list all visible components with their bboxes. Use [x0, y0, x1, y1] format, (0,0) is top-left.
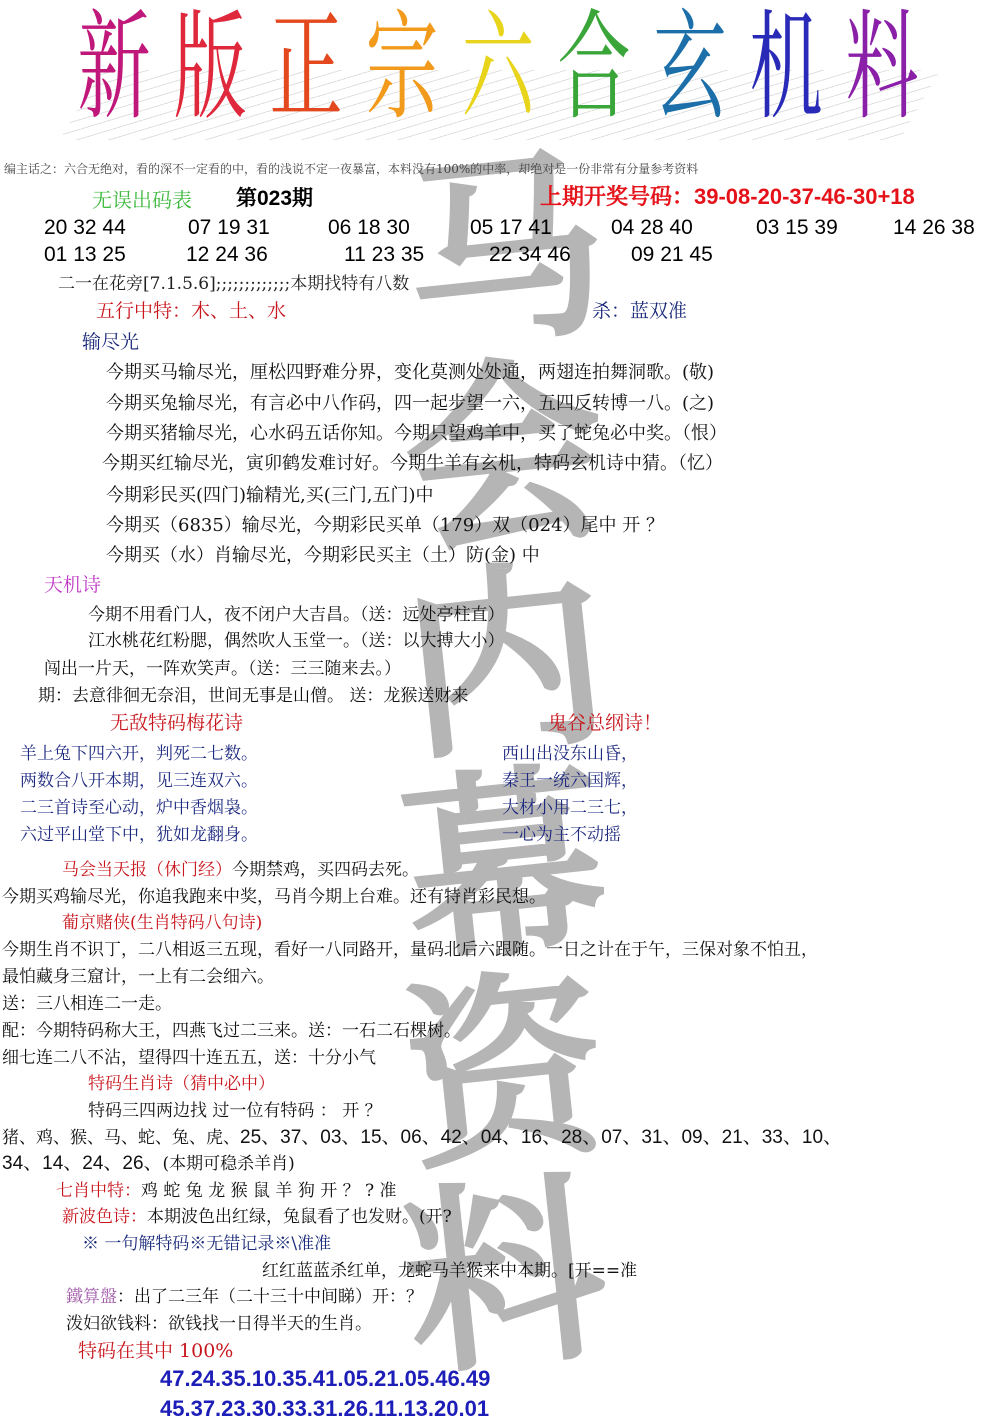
poem-line: 今期买（6835）输尽光，今期彩民买单（179）双（024）尾中 开 ？ [106, 511, 664, 537]
section-heading-shujinguang: 输尽光 [82, 327, 139, 354]
mahui-heading: 马会当天报（休门经） [62, 860, 232, 880]
title-char: 合 [557, 0, 614, 142]
qixiao-line: 七肖中特：鸡 蛇 兔 龙 猴 鼠 羊 狗 开 ？ ? 准 [56, 1176, 397, 1201]
qixiao-label: 七肖中特： [56, 1181, 141, 1201]
poem-line: 今期生肖不识丁，二八相返三五现，看好一八同路开，量码北后六跟随。一日之计在于午，… [2, 935, 818, 960]
issue-number: 第023期 [236, 182, 313, 212]
number-group: 09 21 45 [631, 243, 713, 267]
section-heading-meihua: 无敌特码梅花诗 [110, 708, 243, 735]
xinbo-line: 新波色诗：本期波色出红绿，兔鼠看了也发财。(开? [62, 1202, 452, 1227]
section-heading-pujing: 葡京赌侠(生肖特码八句诗) [62, 908, 262, 933]
poem-line: 期：去意徘徊无奈泪，世间无事是山僧。 送：龙猴送财来 [38, 681, 468, 706]
number-group: 04 28 40 [611, 216, 693, 240]
shengxiao-line3: 34、14、24、26、(本期可稳杀羊肖) [2, 1148, 295, 1175]
wuxing-label: 五行中特：木、土、水 [96, 296, 286, 323]
pofu-line: 泼妇欲钱料：欲钱找一日得半天的生肖。 [66, 1309, 372, 1334]
poem-line: 送：三八相连二一走。 [2, 989, 172, 1014]
xinbo-label: 新波色诗： [62, 1207, 147, 1227]
title-char: 料 [845, 0, 902, 142]
mahui-line2: 今期买鸡输尽光，你追我跑来中奖，马肖今期上台难。还有特肖彩民想。 [2, 882, 546, 907]
section-heading-shengxiao: 特码生肖诗（猜中必中） [88, 1069, 275, 1094]
number-list: 34、14、24、26、 [2, 1153, 163, 1174]
kill-label: 杀：蓝双准 [592, 296, 687, 323]
poem-line: 秦王一统六国辉， [502, 766, 638, 791]
poem-line: 六过平山堂下中，犹如龙翻身。 [20, 820, 258, 845]
zodiac-list: 猪、鸡、猴、马、蛇、兔、虎、 [2, 1128, 240, 1148]
poem-line: 闯出一片天，一阵欢笑声。（送：三三随来去。） [44, 654, 401, 679]
yiju-text: 红红蓝蓝杀红单，龙蛇马羊猴来中本期。[开==准 [262, 1256, 637, 1281]
title-char: 玄 [653, 0, 710, 142]
title-char: 宗 [365, 0, 422, 142]
shengxiao-note: (本期可稳杀羊肖) [163, 1154, 295, 1174]
number-group: 06 18 30 [328, 216, 410, 240]
poem-line: 今期买（水）肖输尽光，今期彩民买主（土）防(金) 中 [106, 541, 540, 567]
number-group: 01 13 25 [44, 243, 126, 267]
watermark: 马 会 内 幕 资 料 [390, 150, 620, 1380]
poem-line: 西山出没东山昏， [502, 739, 638, 764]
number-group: 03 15 39 [756, 216, 838, 240]
watermark-char: 资 [380, 959, 630, 1187]
poem-line: 今期不用看门人，夜不闭户大吉昌。（送：远处亭柱直） [88, 600, 505, 625]
number-group: 05 17 41 [470, 216, 552, 240]
poem-line: 今期买兔输尽光，有言必中八作码，四一起步望一六，五四反转博一八。(之) [106, 389, 714, 415]
number-group: 22 34 46 [489, 243, 571, 267]
hint-line: 二一在花旁[7.1.5.6];;;;;;;;;;;;;本期找特有八数 [58, 269, 409, 294]
section-heading-yiju: ※ 一句解特码※无错记录※\准准 [82, 1229, 331, 1254]
tema-row: 45.37.23.30.33.31.26.11.13.20.01 [160, 1396, 489, 1422]
poem-line: 配：今期特码称大王，四燕飞过二三来。送：一石二石棵树。 [2, 1016, 461, 1041]
editor-note: 编主话之：六合无绝对，看的深不一定看的中，看的浅说不定一夜暴富，本料没有100%… [4, 160, 698, 177]
number-group: 12 24 36 [186, 243, 268, 267]
mahui-text: 今期禁鸡，买四码去死。 [232, 860, 419, 880]
poem-line: 细七连二八不沾，望得四十连五五，送：十分小气 [2, 1043, 376, 1068]
poem-line: 今期买马输尽光，厘松四野难分界，变化莫测处处通，两翅连拍舞洞歌。(敬) [106, 358, 714, 384]
number-group: 07 19 31 [188, 216, 270, 240]
title-char: 新 [77, 0, 134, 142]
number-group: 20 32 44 [44, 216, 126, 240]
xinbo-text: 本期波色出红绿，兔鼠看了也发财。(开? [147, 1207, 452, 1227]
title-char: 版 [173, 0, 230, 142]
number-group: 11 23 35 [344, 243, 424, 267]
section-heading-guigu: 鬼谷总纲诗！ [548, 708, 662, 735]
tema-row: 47.24.35.10.35.41.05.21.05.46.49 [160, 1366, 490, 1392]
title-char: 正 [269, 0, 326, 142]
poem-line: 今期彩民买(四门)输精光,买(三门,五门)中 [106, 481, 434, 507]
poem-line: 今期买猪输尽光，心水码五话你知。今期只望鸡羊中，买了蛇兔必中奖。（恨） [106, 419, 727, 445]
poem-line: 二三首诗至心动，炉中香烟袅。 [20, 793, 258, 818]
table-label: 无误出码表 [92, 184, 192, 213]
poem-line: 羊上兔下四六开，判死二七数。 [20, 739, 258, 764]
page-title: 新 版 正 宗 六 合 玄 机 料 [60, 0, 920, 142]
title-banner: 新 版 正 宗 六 合 玄 机 料 [60, 0, 930, 150]
poem-line: 两数合八开本期，见三连双六。 [20, 766, 258, 791]
poem-line: 今期买红输尽光，寅卯鹤发难讨好。今期牛羊有玄机，特码玄机诗中猜。（忆） [102, 449, 723, 475]
poem-line: 大材小用二三七， [502, 793, 638, 818]
poem-line: 最怕藏身三窟计，一上有二会细六。 [2, 962, 274, 987]
number-list: 25、37、03、15、06、42、04、16、28、07、31、09、21、3… [240, 1127, 842, 1148]
section-heading-tema100: 特码在其中 100% [78, 1336, 233, 1363]
title-char: 机 [749, 0, 806, 142]
tiesuanpan-text: ：出了二三年（二十三十中间睇）开：？ [117, 1287, 423, 1307]
shengxiao-line2: 猪、鸡、猴、马、蛇、兔、虎、25、37、03、15、06、42、04、16、28… [2, 1122, 842, 1149]
qixiao-text: 鸡 蛇 兔 龙 猴 鼠 羊 狗 开 ？ ? 准 [141, 1181, 397, 1201]
tiesuanpan-line: 鐵算盤：出了二三年（二十三十中间睇）开：？ [66, 1282, 423, 1307]
mahui-line: 马会当天报（休门经）今期禁鸡，买四码去死。 [62, 855, 419, 880]
title-char: 六 [461, 0, 518, 142]
number-group: 14 26 38 [893, 216, 975, 240]
poem-line: 一心为主不动摇 [502, 820, 621, 845]
section-heading-tianji: 天机诗 [44, 570, 101, 597]
tiesuanpan-label: 鐵算盤 [66, 1287, 117, 1307]
poem-line: 江水桃花红粉腮，偶然吹人玉堂一。（送：以大搏大小） [88, 626, 505, 651]
shengxiao-line1: 特码三四两边找 过一位有特码 ： 开 ？ [88, 1096, 382, 1121]
last-draw: 上期开奖号码：39-08-20-37-46-30+18 [540, 180, 915, 211]
